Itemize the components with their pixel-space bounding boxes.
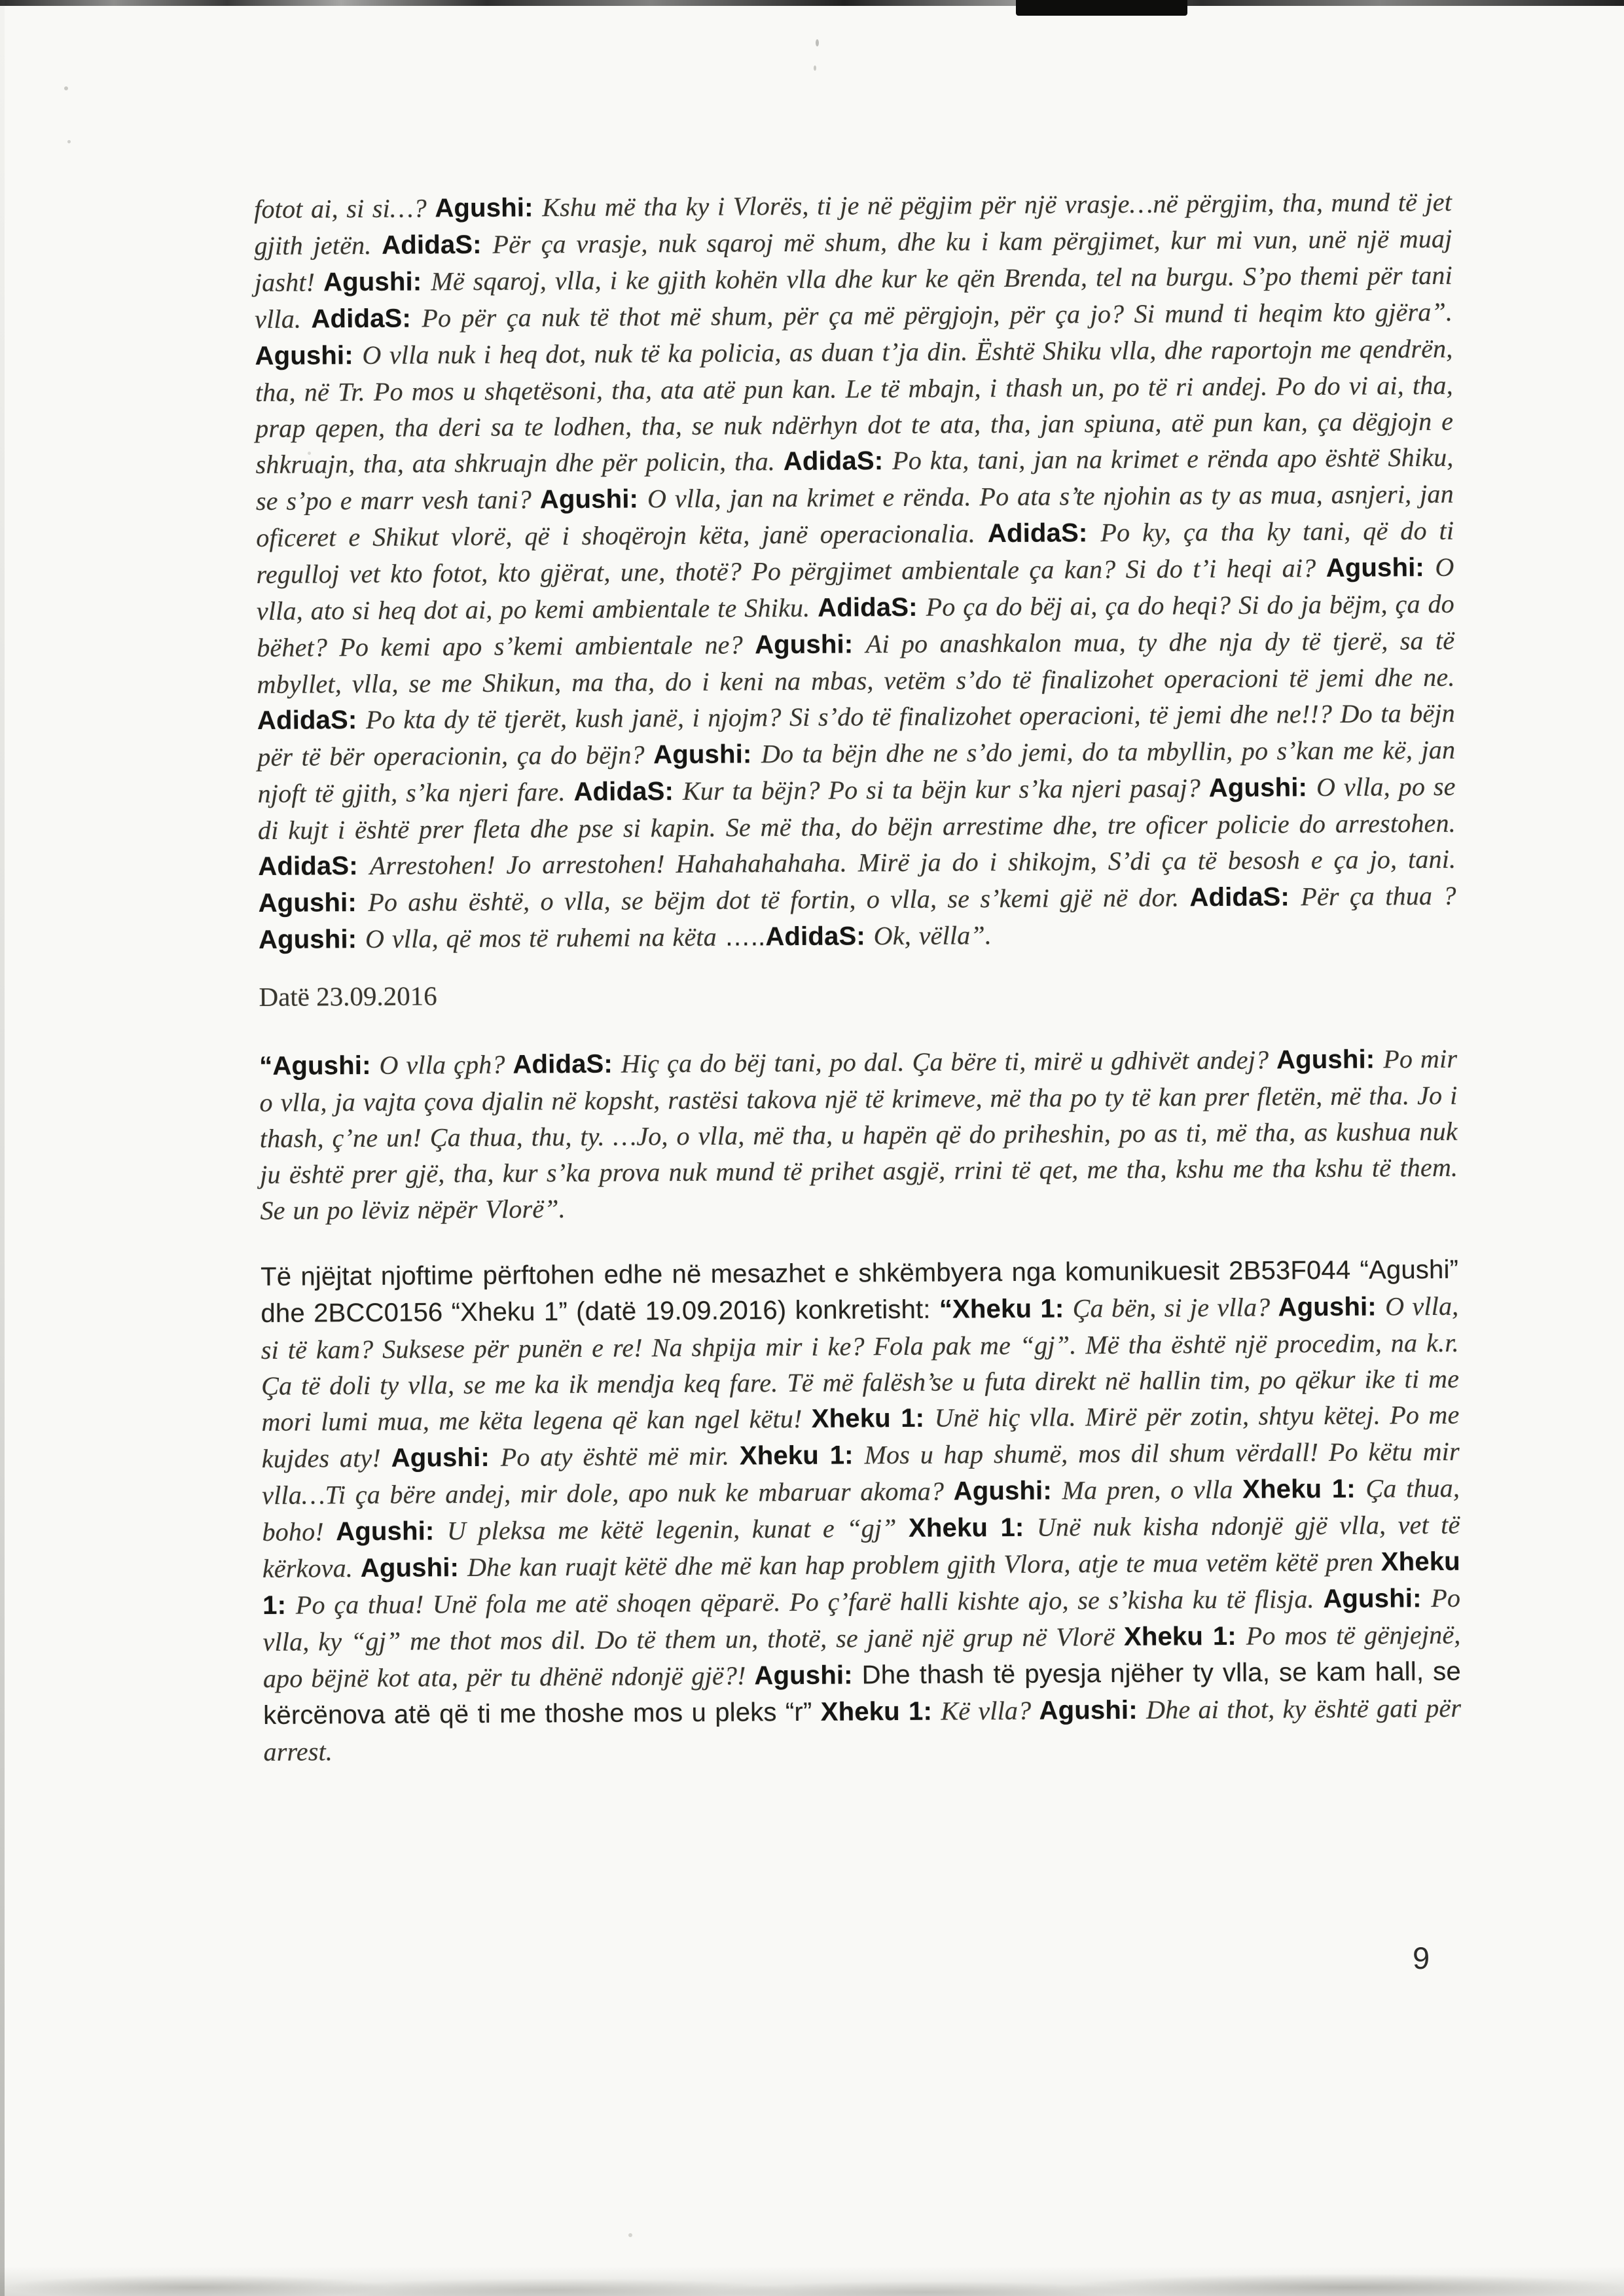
scan-speck [816, 39, 819, 46]
scan-speck [814, 65, 816, 71]
transcript-text: fotot ai, si si…? [254, 193, 435, 224]
transcript-text: Po ça thua! Unë fola me atë shoqen qëpar… [296, 1584, 1324, 1620]
speaker-name: Agushi: [1039, 1696, 1146, 1725]
speaker-name: Agushi: [754, 1660, 862, 1690]
speaker-name: Agushi: [540, 484, 647, 514]
speaker-name: Agushi: [391, 1443, 501, 1473]
speaker-name: Agushi: [755, 630, 866, 659]
speaker-name: Agushi: [954, 1476, 1062, 1505]
speaker-name: AdidaS: [258, 852, 370, 881]
speaker-name: Agushi: [323, 267, 431, 296]
page-number: 9 [1413, 1940, 1430, 1976]
speaker-name: AdidaS: [311, 304, 422, 333]
speaker-name: Agushi: [259, 925, 365, 954]
speaker-name: Agushi: [1209, 773, 1316, 802]
transcript-text: Arrestohen! Jo arrestohen! Hahahahahaha.… [370, 844, 1456, 880]
transcript-text: Për ça thua ? [1301, 881, 1456, 911]
scanned-document-page: fotot ai, si si…? Agushi: Kshu më tha ky… [0, 0, 1624, 2296]
speaker-name: Agushi: [336, 1516, 447, 1546]
speaker-name: Agushi: [259, 888, 369, 918]
speaker-name: “Xheku 1: [939, 1294, 1073, 1323]
speaker-name: Xheku 1: [740, 1441, 865, 1470]
transcript-paragraph-3: Të njëjtat njoftime përftohen edhe në me… [261, 1251, 1462, 1770]
scan-speck [67, 140, 71, 143]
scan-speck [64, 86, 68, 90]
speaker-name: AdidaS: [257, 706, 366, 735]
speaker-name: Agushi: [1278, 1292, 1385, 1321]
transcript-text: Ça bën, si je vlla? [1073, 1292, 1278, 1323]
scan-artifact-top-edge [0, 0, 1624, 6]
transcript-paragraph-2: “Agushi: O vlla çph? AdidaS: Hiç ça do b… [259, 1041, 1458, 1229]
speaker-name: Agushi: [255, 341, 362, 370]
transcript-text: ….. [724, 922, 765, 951]
speaker-name: AdidaS: [818, 593, 926, 622]
speaker-name: AdidaS: [784, 446, 893, 476]
speaker-name: “Agushi: [259, 1051, 380, 1081]
transcript-text: Hiç ça do bëj tani, po dal. Ça bëre ti, … [621, 1045, 1276, 1078]
transcript-text: Ma pren, o vlla [1062, 1475, 1242, 1505]
transcript-text: O vlla, që mos të ruhemi na këta [365, 922, 725, 954]
speaker-name: AdidaS: [765, 922, 874, 951]
transcript-text: Ok, vëlla”. [874, 920, 992, 950]
speaker-name: Xheku 1: [821, 1697, 941, 1727]
scan-speck [628, 2233, 632, 2237]
speaker-name: AdidaS: [1189, 882, 1301, 912]
date-heading: Datë 23.09.2016 [259, 972, 1456, 1015]
speaker-name: Xheku 1: [812, 1404, 935, 1433]
transcript-text: Po aty është më mir. [501, 1441, 740, 1472]
transcript-text: U pleksa me këtë legenin, kunat e “gj” [447, 1513, 909, 1545]
transcript-text: Kë vlla? [941, 1696, 1039, 1726]
transcript-paragraph-1: fotot ai, si si…? Agushi: Kshu më tha ky… [254, 184, 1456, 958]
speaker-name: Xheku 1: [1242, 1475, 1366, 1504]
speaker-name: Agushi: [1323, 1584, 1431, 1613]
transcript-text: O vlla çph? [379, 1050, 513, 1080]
document-body: fotot ai, si si…? Agushi: Kshu më tha ky… [254, 184, 1462, 1770]
speaker-name: Agushi: [653, 740, 761, 769]
transcript-text: Po për ça nuk të thot më shum, për ça më… [422, 297, 1453, 333]
speaker-name: AdidaS: [573, 777, 683, 806]
speaker-name: Agushi: [361, 1553, 467, 1583]
speaker-name: AdidaS: [382, 230, 493, 260]
scan-artifact-left-edge [0, 0, 5, 2296]
speaker-name: Xheku 1: [1124, 1622, 1246, 1651]
scan-artifact-top-right-blob [1016, 0, 1187, 16]
transcript-text: Dhe kan ruajt këtë dhe më kan hap proble… [467, 1547, 1381, 1583]
speaker-name: AdidaS: [513, 1050, 621, 1079]
speaker-name: Agushi: [435, 193, 542, 223]
transcript-text: Po ashu është, o vlla, se bëjm dot të fo… [368, 882, 1189, 917]
scan-artifact-bottom-edge [0, 2257, 1624, 2296]
speaker-name: Agushi: [1276, 1045, 1383, 1074]
speaker-name: Agushi: [1326, 553, 1435, 583]
speaker-name: AdidaS: [988, 518, 1101, 548]
speaker-name: Xheku 1: [909, 1513, 1037, 1543]
transcript-text: Kur ta bëjn? Po si ta bëjn kur s’ka njer… [683, 773, 1209, 806]
